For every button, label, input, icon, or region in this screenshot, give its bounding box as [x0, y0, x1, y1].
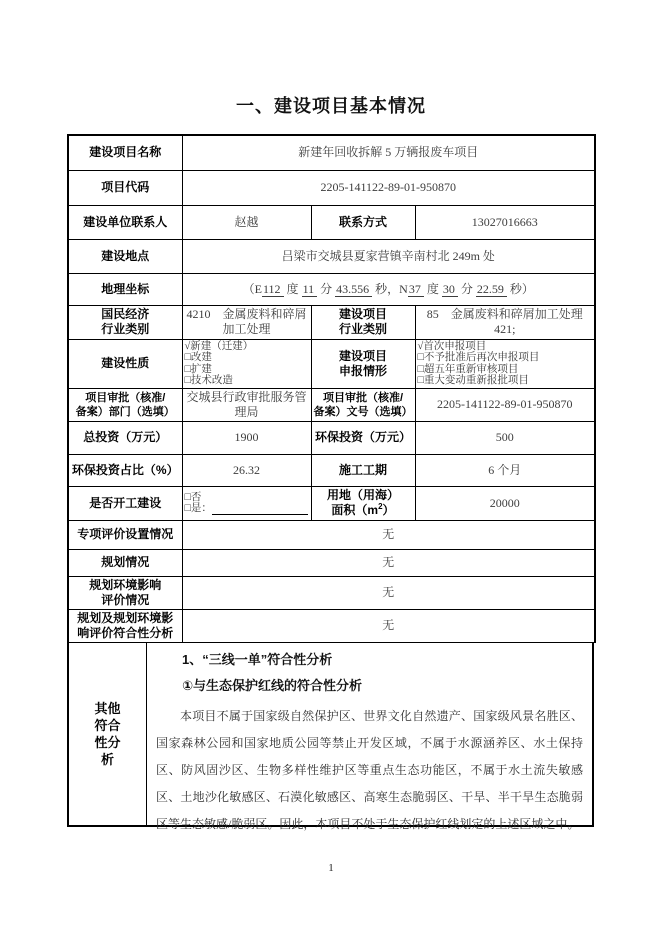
checkbox-option-tech: □技术改造: [185, 375, 310, 387]
started-options: □否 □是：: [182, 486, 311, 520]
label-line: 申报情形: [314, 364, 413, 379]
planning-conformity-label: 规划及规划环境影响评价符合性分析: [68, 609, 182, 642]
planning-eia-value: 无: [182, 576, 595, 609]
declaration-type-options: √首次申报项目 □不予批准后再次申报项目 □超五年重新审核项目 □重大变动重新报…: [415, 339, 595, 388]
table-row: 国民经济行业类别 4210 金属废料和碎屑加工处理 建设项目行业类别 85 金属…: [68, 305, 595, 339]
analysis-paragraph: 本项目不属于国家级自然保护区、世界文化自然遗产、国家级风景名胜区、国家森林公园和…: [156, 703, 583, 838]
land-area-label: 用地（用海）面积（m2）: [311, 486, 415, 520]
coord-latitude-deg: 37: [408, 282, 424, 297]
special-eval-label: 专项评价设置情况: [68, 520, 182, 549]
construction-period-label: 施工工期: [311, 454, 415, 486]
land-area-value: 20000: [415, 486, 595, 520]
project-industry-value: 85 金属废料和碎屑加工处理 421;: [415, 305, 595, 339]
contact-person-value: 赵越: [182, 205, 311, 239]
analysis-heading-1: 1、“三线一单”符合性分析: [156, 651, 583, 669]
national-industry-label: 国民经济行业类别: [68, 305, 182, 339]
started-label: 是否开工建设: [68, 486, 182, 520]
project-code-label: 项目代码: [68, 170, 182, 205]
table-row: 规划及规划环境影响评价符合性分析 无: [68, 609, 595, 642]
coord-text: 分: [320, 282, 332, 296]
table-row: 建设性质 √新建（迁建） □改建 □扩建 □技术改造 建设项目申报情形 √首次申…: [68, 339, 595, 388]
label-line: 备案）文号（选填）: [314, 405, 413, 419]
checkbox-option-review: □超五年重新审核项目: [418, 364, 594, 376]
other-conformity-row: 其他 符合 性分 析 1、“三线一单”符合性分析 ①与生态保护红线的符合性分析 …: [67, 643, 594, 827]
label-part: 面积（m: [331, 503, 378, 517]
table-row: 地理坐标 （E112 度 11 分 43.556 秒，N37 度 30 分 22…: [68, 273, 595, 305]
page-title: 一、建设项目基本情况: [0, 0, 662, 118]
coord-longitude-sec: 43.556: [335, 282, 372, 297]
option-label: □是：: [185, 503, 212, 515]
planning-conformity-value: 无: [182, 609, 595, 642]
checkbox-option-rebuild: □改建: [185, 352, 310, 364]
construction-nature-options: √新建（迁建） □改建 □扩建 □技术改造: [182, 339, 311, 388]
total-investment-value: 1900: [182, 421, 311, 454]
table-row: 规划环境影响评价情况 无: [68, 576, 595, 609]
table-row: 专项评价设置情况 无: [68, 520, 595, 549]
env-investment-label: 环保投资（万元）: [311, 421, 415, 454]
document-page: 一、建设项目基本情况 建设项目名称 新建年回收拆解 5 万辆报废车项目 项目代码…: [0, 0, 662, 936]
table-row: 总投资（万元） 1900 环保投资（万元） 500: [68, 421, 595, 454]
planning-value: 无: [182, 549, 595, 576]
analysis-heading-2: ①与生态保护红线的符合性分析: [156, 677, 583, 695]
checkbox-option-expand: □扩建: [185, 364, 310, 376]
label-line: 行业类别: [71, 322, 180, 337]
table-row: 建设单位联系人 赵越 联系方式 13027016663: [68, 205, 595, 239]
approval-doc-value: 2205-141122-89-01-950870: [415, 388, 595, 421]
label-line: 符合: [94, 717, 120, 734]
checkbox-option-redeclare: □不予批准后再次申报项目: [418, 352, 594, 364]
approval-doc-label: 项目审批（核准/备案）文号（选填）: [311, 388, 415, 421]
label-line: 规划环境影响: [71, 578, 180, 593]
location-value: 吕梁市交城县夏家营镇辛南村北 249m 处: [182, 239, 595, 273]
checkbox-option-first: √首次申报项目: [418, 341, 594, 353]
checkbox-option-new: √新建（迁建）: [185, 341, 310, 353]
table-row: 环保投资占比（%） 26.32 施工工期 6 个月: [68, 454, 595, 486]
env-ratio-label: 环保投资占比（%）: [68, 454, 182, 486]
coord-text: 秒，N: [375, 282, 408, 296]
construction-nature-label: 建设性质: [68, 339, 182, 388]
label-line: 响评价符合性分析: [71, 626, 180, 641]
label-line: 其他: [94, 700, 120, 717]
coord-text: （E: [243, 282, 262, 296]
table-row: 规划情况 无: [68, 549, 595, 576]
label-line: 析: [101, 751, 114, 768]
label-line: 规划及规划环境影: [71, 611, 180, 626]
label-part: ）: [383, 503, 395, 517]
location-label: 建设地点: [68, 239, 182, 273]
coord-text: 秒）: [510, 282, 534, 296]
national-industry-value: 4210 金属废料和碎屑加工处理: [182, 305, 311, 339]
table-row: 项目审批（核准/备案）部门（选填） 交城县行政审批服务管理局 项目审批（核准/备…: [68, 388, 595, 421]
env-ratio-value: 26.32: [182, 454, 311, 486]
label-line: 用地（用海）: [314, 488, 413, 503]
coordinates-value: （E112 度 11 分 43.556 秒，N37 度 30 分 22.59 秒…: [182, 273, 595, 305]
coord-text: 度: [287, 282, 299, 296]
planning-label: 规划情况: [68, 549, 182, 576]
label-line: 国民经济: [71, 307, 180, 322]
label-line: 性分: [94, 734, 120, 751]
contact-method-label: 联系方式: [311, 205, 415, 239]
checkbox-option-major-change: □重大变动重新报批项目: [418, 375, 594, 387]
project-name-label: 建设项目名称: [68, 135, 182, 170]
coord-text: 分: [461, 282, 473, 296]
label-line: 备案）部门（选填）: [71, 405, 180, 419]
label-line: 建设项目: [314, 349, 413, 364]
label-line: 项目审批（核准/: [71, 391, 180, 405]
table-row: 建设地点 吕梁市交城县夏家营镇辛南村北 249m 处: [68, 239, 595, 273]
label-line: 面积（m2）: [314, 503, 413, 518]
label-line: 建设项目: [314, 307, 413, 322]
coord-text: 度: [427, 282, 439, 296]
declaration-type-label: 建设项目申报情形: [311, 339, 415, 388]
env-investment-value: 500: [415, 421, 595, 454]
checkbox-option-yes: □是：: [185, 503, 310, 515]
planning-eia-label: 规划环境影响评价情况: [68, 576, 182, 609]
contact-method-value: 13027016663: [415, 205, 595, 239]
coordinates-label: 地理坐标: [68, 273, 182, 305]
page-number: 1: [0, 862, 662, 874]
other-conformity-label: 其他 符合 性分 析: [69, 643, 147, 825]
project-code-value: 2205-141122-89-01-950870: [182, 170, 595, 205]
construction-period-value: 6 个月: [415, 454, 595, 486]
table-row: 建设项目名称 新建年回收拆解 5 万辆报废车项目: [68, 135, 595, 170]
blank-underline: [212, 505, 308, 515]
project-name-value: 新建年回收拆解 5 万辆报废车项目: [182, 135, 595, 170]
special-eval-value: 无: [182, 520, 595, 549]
checkbox-option-no: □否: [185, 492, 310, 504]
coord-latitude-sec: 22.59: [476, 282, 507, 297]
other-conformity-content: 1、“三线一单”符合性分析 ①与生态保护红线的符合性分析 本项目不属于国家级自然…: [147, 643, 592, 825]
coord-longitude-deg: 112: [262, 282, 284, 297]
approval-dept-value: 交城县行政审批服务管理局: [182, 388, 311, 421]
project-industry-label: 建设项目行业类别: [311, 305, 415, 339]
coord-longitude-min: 11: [302, 282, 318, 297]
contact-person-label: 建设单位联系人: [68, 205, 182, 239]
label-line: 评价情况: [71, 593, 180, 608]
approval-dept-label: 项目审批（核准/备案）部门（选填）: [68, 388, 182, 421]
label-line: 项目审批（核准/: [314, 391, 413, 405]
label-line: 行业类别: [314, 322, 413, 337]
project-info-table: 建设项目名称 新建年回收拆解 5 万辆报废车项目 项目代码 2205-14112…: [67, 134, 596, 643]
table-row: 项目代码 2205-141122-89-01-950870: [68, 170, 595, 205]
coord-latitude-min: 30: [442, 282, 458, 297]
table-row: 是否开工建设 □否 □是： 用地（用海）面积（m2） 20000: [68, 486, 595, 520]
total-investment-label: 总投资（万元）: [68, 421, 182, 454]
